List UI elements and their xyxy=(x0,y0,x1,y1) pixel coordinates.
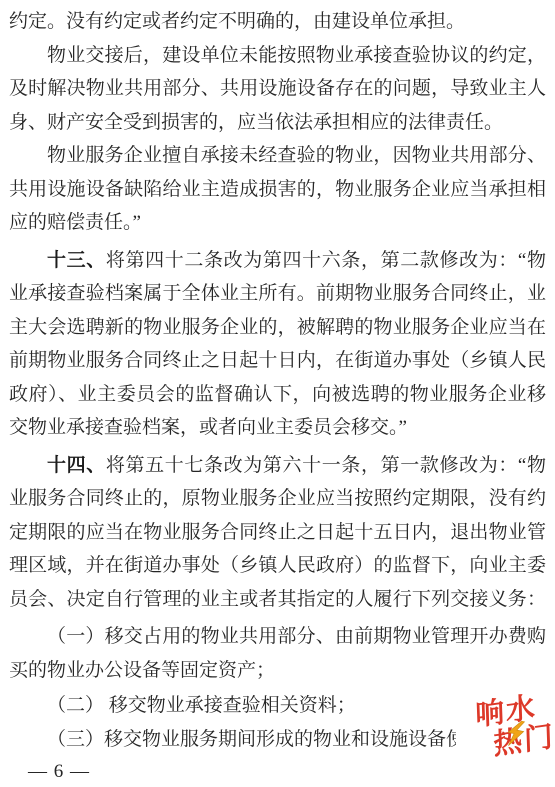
line-text: 将第五十七条改为第六十一条，第一款修改为：“物 xyxy=(106,455,546,476)
text-line: 员会、决定自行管理的业主或者其指定的人履行下列交接义务： xyxy=(9,583,546,617)
text-line: 及时解决物业共用部分、共用设施设备存在的问题，导致业主人 xyxy=(9,72,546,106)
text-line: 前期物业服务合同终止之日起十日内，在街道办事处（乡镇人民 xyxy=(9,344,546,378)
line-text: 前期物业服务合同终止之日起十日内，在街道办事处（乡镇人民 xyxy=(9,350,546,371)
text-line: 买的物业办公设备等固定资产； xyxy=(9,654,546,688)
line-text: 物业服务企业擅自承接未经查验的物业，因物业共用部分、 xyxy=(47,145,546,166)
line-text: 主大会选聘新的物业服务企业的，被解聘的物业服务企业应当在 xyxy=(9,317,546,338)
line-text: 理区域，并在街道办事处（乡镇人民政府）的监督下，向业主委 xyxy=(9,555,546,576)
text-line: 共用设施设备缺陷给业主造成损害的，物业服务企业应当承担相 xyxy=(9,173,546,207)
line-text: 应的赔偿责任。” xyxy=(9,212,141,233)
line-text: 共用设施设备缺陷给业主造成损害的，物业服务企业应当承担相 xyxy=(9,179,546,200)
line-text: 身、财产安全受到损害的，应当依法承担相应的法律责任。 xyxy=(9,112,503,133)
line-text: 员会、决定自行管理的业主或者其指定的人履行下列交接义务： xyxy=(9,589,546,610)
line-text: 政府）、业主委员会的监督确认下，向被选聘的物业服务企业移 xyxy=(9,384,546,405)
section-number: 十三、 xyxy=(47,250,106,271)
line-text: 将第四十二条改为第四十六条，第二款修改为：“物 xyxy=(106,250,546,271)
line-text: 交物业承接查验档案，或者向业主委员会移交。” xyxy=(9,417,407,438)
line-text: 业承接查验档案属于全体业主所有。前期物业服务合同终止，业 xyxy=(9,283,546,304)
text-line: 应的赔偿责任。” xyxy=(9,206,546,240)
document-page: 约定。没有约定或者约定不明确的，由建设单位承担。 物业交接后，建设单位未能按照物… xyxy=(9,5,546,756)
line-text: 定期限的应当在物业服务合同终止之日起十五日内，退出物业管 xyxy=(9,522,546,543)
text-line: 十三、将第四十二条改为第四十六条，第二款修改为：“物 xyxy=(9,244,546,278)
line-text: 约定。没有约定或者约定不明确的，由建设单位承担。 xyxy=(9,11,465,32)
line-text: 业服务合同终止的，原物业服务企业应当按照约定期限，没有约 xyxy=(9,488,546,509)
text-line: 定期限的应当在物业服务合同终止之日起十五日内，退出物业管 xyxy=(9,516,546,550)
text-line: 十四、将第五十七条改为第六十一条，第一款修改为：“物 xyxy=(9,449,546,483)
text-line: 主大会选聘新的物业服务企业的，被解聘的物业服务企业应当在 xyxy=(9,311,546,345)
text-line: 身、财产安全受到损害的，应当依法承担相应的法律责任。 xyxy=(9,106,546,140)
text-line: 物业服务企业擅自承接未经查验的物业，因物业共用部分、 xyxy=(9,139,546,173)
line-text: 物业交接后，建设单位未能按照物业承接查验协议的约定， xyxy=(47,45,546,66)
text-line: 业承接查验档案属于全体业主所有。前期物业服务合同终止，业 xyxy=(9,277,546,311)
text-line: 约定。没有约定或者约定不明确的，由建设单位承担。 xyxy=(9,5,546,39)
line-text: 买的物业办公设备等固定资产； xyxy=(9,660,275,681)
text-line: 理区域，并在街道办事处（乡镇人民政府）的监督下，向业主委 xyxy=(9,549,546,583)
text-line: 业服务合同终止的，原物业服务企业应当按照约定期限，没有约 xyxy=(9,482,546,516)
page-number: — 6 — xyxy=(28,760,90,784)
text-line: 政府）、业主委员会的监督确认下，向被选聘的物业服务企业移 xyxy=(9,378,546,412)
line-text: （一）移交占用的物业共用部分、由前期物业管理开办费购 xyxy=(47,626,546,647)
text-line: 交物业承接查验档案，或者向业主委员会移交。” xyxy=(9,411,546,445)
text-line: （一）移交占用的物业共用部分、由前期物业管理开办费购 xyxy=(9,620,546,654)
text-line: 物业交接后，建设单位未能按照物业承接查验协议的约定， xyxy=(9,39,546,73)
line-text: 及时解决物业共用部分、共用设施设备存在的问题，导致业主人 xyxy=(9,78,546,99)
line-text: （二） 移交物业承接查验相关资料； xyxy=(47,695,356,716)
section-number: 十四、 xyxy=(47,455,106,476)
line-text: （三）移交物业服务期间形成的物业和设施设备使用 xyxy=(47,729,484,750)
watermark: 响水 热门 xyxy=(456,684,555,766)
